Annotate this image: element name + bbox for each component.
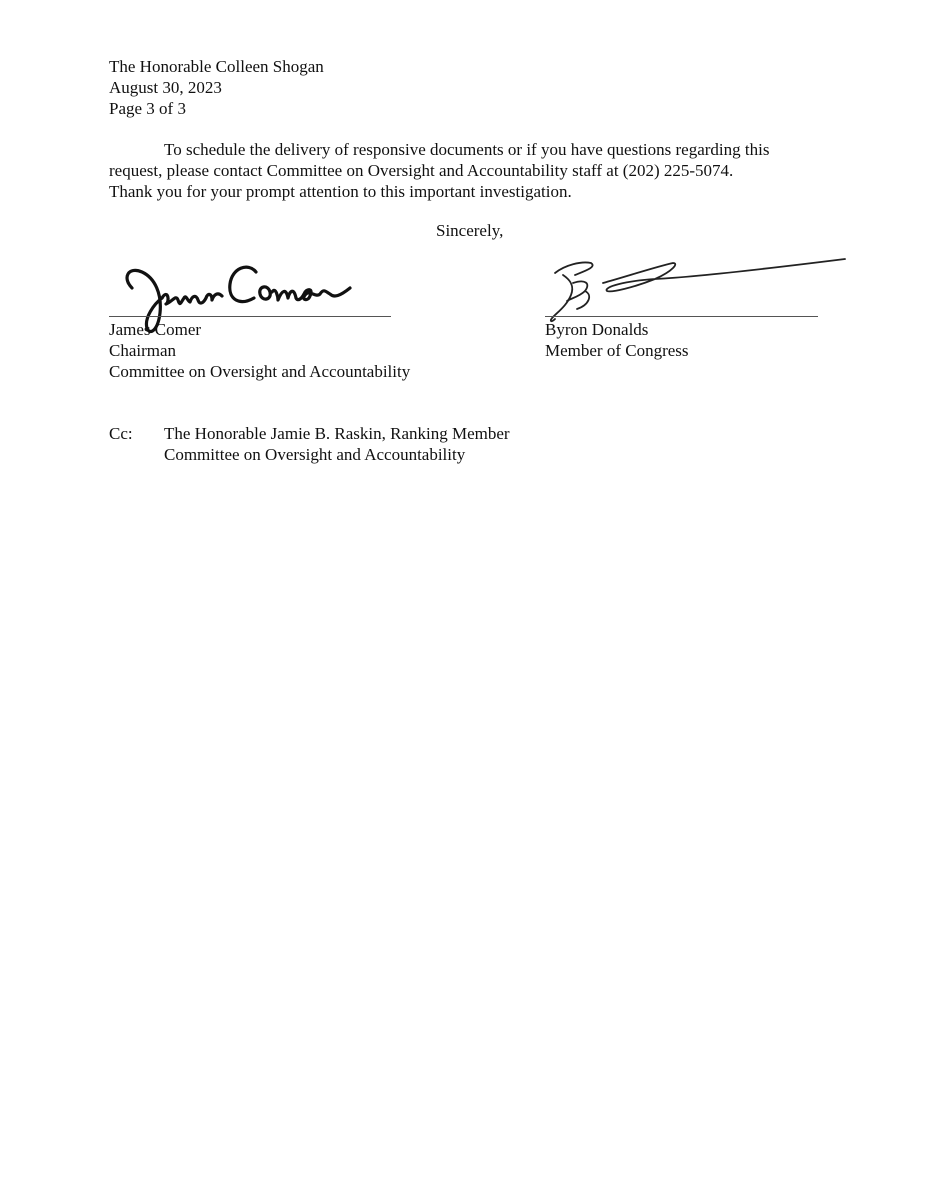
letter-header: The Honorable Colleen Shogan August 30, … — [109, 56, 324, 119]
page-number: Page 3 of 3 — [109, 98, 324, 119]
cc-block: Cc:The Honorable Jamie B. Raskin, Rankin… — [109, 423, 510, 465]
signature-line — [109, 316, 391, 317]
signatory-block-comer: James Comer Chairman Committee on Oversi… — [109, 319, 410, 382]
date-line: August 30, 2023 — [109, 77, 324, 98]
signatory-name: James Comer — [109, 319, 410, 340]
signature-line — [545, 316, 818, 317]
cc-recipient-org: Committee on Oversight and Accountabilit… — [109, 444, 510, 465]
signatory-title: Chairman — [109, 340, 410, 361]
closing: Sincerely, — [436, 220, 503, 241]
signatory-organization: Committee on Oversight and Accountabilit… — [109, 361, 410, 382]
signatory-title: Member of Congress — [545, 340, 689, 361]
signatory-name: Byron Donalds — [545, 319, 689, 340]
paragraph-line: request, please contact Committee on Ove… — [109, 160, 829, 181]
paragraph-line: Thank you for your prompt attention to t… — [109, 181, 829, 202]
signatory-block-donalds: Byron Donalds Member of Congress — [545, 319, 689, 361]
body-paragraph: To schedule the delivery of responsive d… — [109, 139, 829, 202]
cc-label: Cc: — [109, 423, 164, 444]
cc-recipient: The Honorable Jamie B. Raskin, Ranking M… — [164, 424, 510, 443]
recipient-line: The Honorable Colleen Shogan — [109, 56, 324, 77]
paragraph-line: To schedule the delivery of responsive d… — [109, 139, 829, 160]
